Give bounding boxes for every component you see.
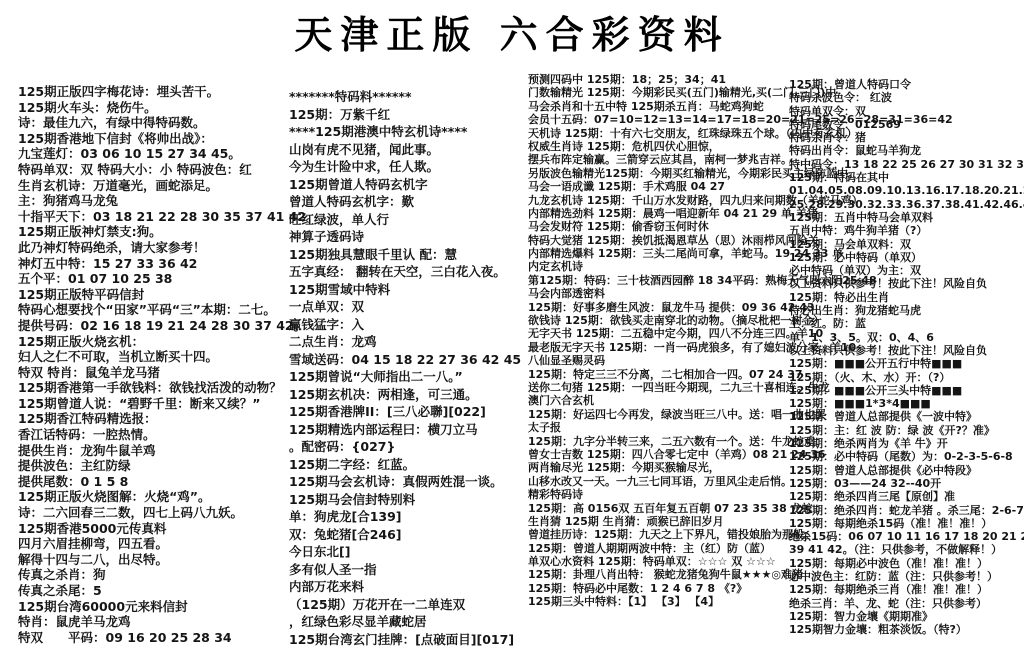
column-left: 125期正版四字梅花诗：埋头苦干。125期火车头：烧伤牛。诗：最佳九六，有绿中得… <box>18 84 319 645</box>
text-line: 125期：绝杀两肖为《羊 牛》开 <box>789 437 1024 450</box>
text-line: 特双 特肖：鼠兔羊龙马猪 <box>18 365 319 381</box>
text-line: 125期：曾道人总部提供《一波中特》 <box>789 410 1024 423</box>
text-line: 以上资料只供参考！按此下注！风险自负 <box>789 344 1024 357</box>
text-line: 雪域送码：04 15 18 22 27 36 42 45 <box>289 351 521 369</box>
text-line: 125期：■■■公开三头中特■■■ <box>789 384 1024 397</box>
text-line: 提供号码：02 16 18 19 21 24 28 30 37 42。 <box>18 318 319 334</box>
text-line: 125期：■■■公开五行中特■■■ <box>789 357 1024 370</box>
text-line: 神算子透码诗 <box>289 228 521 246</box>
text-line: 特码杀波色令： 红波 <box>789 91 1024 104</box>
text-line: 25.28.29.30.32.33.36.37.38.41.42.46.47 <box>789 198 1024 211</box>
text-line: 特码出肖令：鼠蛇马羊狗龙 <box>789 144 1024 157</box>
text-line: 单：狗虎龙[合139] <box>289 508 521 526</box>
text-line: 主：狗猪鸡马龙兔 <box>18 193 319 209</box>
text-line: 125期正版火烧玄机： <box>18 334 319 350</box>
text-line: 九宝莲灯：03 06 10 15 27 34 45。 <box>18 146 319 162</box>
text-line: 十指平天下：03 18 21 22 28 30 35 37 41 42。 <box>18 209 319 225</box>
text-line: 125期香江特码精选报： <box>18 411 319 427</box>
text-line: 今为生计险中求，任人欺。 <box>289 158 521 176</box>
text-line: 特肖：鼠虎羊马龙鸡 <box>18 614 319 630</box>
text-line: 125期香港第一手欲钱料：欲钱找活泼的动物？ <box>18 380 319 396</box>
text-line: ****125期港澳中特玄机诗**** <box>289 123 521 141</box>
text-line: 125期：五肖中特马会单双料 <box>789 211 1024 224</box>
text-line: 125期：曾道人总部提供《必中特段》 <box>789 464 1024 477</box>
text-line: 01.04.05.08.09.10.13.16.17.18.20.21.24 <box>789 184 1024 197</box>
text-line: 一点单双：双 <box>289 298 521 316</box>
text-line: 特中码令：13 18 22 25 26 27 30 31 32 37 40 45 <box>789 158 1024 171</box>
text-line: 125期正版特平码信封 <box>18 287 319 303</box>
text-line: 主：红。防：蓝 <box>789 317 1024 330</box>
text-line: 125期：■■■1*3*4■■■ <box>789 397 1024 410</box>
text-line: 125期正版神灯禁支:狗。 <box>18 224 319 240</box>
text-line: 诗：最佳九六，有绿中得特码数。 <box>18 115 319 131</box>
page-title: 天津正版 六合彩资料 <box>0 4 1024 59</box>
text-line: 125期香港地下信封《将帅出战》： <box>18 131 319 147</box>
text-line: 必中特码（单双）为主：双 <box>789 264 1024 277</box>
text-line: 必中波色主：红防：蓝（注：只供参考！） <box>789 570 1024 583</box>
text-line: 125期曾道人说：“碧野千里：断来又续？” <box>18 396 319 412</box>
text-line: 125期：每期绝杀三肖（准！准！准！） <box>789 583 1024 596</box>
text-line: 特必出生肖：狗龙猪蛇马虎 <box>789 304 1024 317</box>
text-line: 125期独具慧眼千里认 配：慧 <box>289 246 521 264</box>
text-line: 二点生肖：龙鸡 <box>289 333 521 351</box>
text-line: 传真之杀尾：5 <box>18 583 319 599</box>
text-line: 125期精选内部运程曰：横刀立马 <box>289 421 521 439</box>
text-line: 神灯五中特：15 27 33 36 42 <box>18 256 319 272</box>
text-line: 125期：万紫千红 <box>289 106 521 124</box>
text-line: 125期香港5000元传真料 <box>18 521 319 537</box>
text-line: 此乃神灯特码绝杀，请大家参考！ <box>18 240 319 256</box>
text-line: 曾道人特码玄机字：歎 <box>289 193 521 211</box>
text-line: 125期火车头：烧伤牛。 <box>18 100 319 116</box>
text-line: 诗：二六回春三二数，四七上码八九妖。 <box>18 505 319 521</box>
text-line: 125期：特码在其中 <box>789 171 1024 184</box>
text-line: 提供波色：主红防绿 <box>18 458 319 474</box>
text-line: 125期玄机决：两相逢，可三通。 <box>289 386 521 404</box>
text-line: 125期：每期必中波色（准！准！准！） <box>789 557 1024 570</box>
text-line: 125期：必中特码（尾数）为：0-2-3-5-6-8 <box>789 450 1024 463</box>
text-line: 以上资料只供参考！按此下注！风险自负 <box>789 277 1024 290</box>
text-line: 五肖中特：鸡牛狗羊猪（?） <box>789 224 1024 237</box>
text-line: 125期正版四字梅花诗：埋头苦干。 <box>18 84 319 100</box>
text-line: 五字真经： 翻转在天空，三白花入夜。 <box>289 263 521 281</box>
text-line: 125期二字经：红蓝。 <box>289 456 521 474</box>
text-line: 赢钱猛字：入 <box>289 316 521 334</box>
text-line: ，红绿色彩尽显羊藏蛇居 <box>289 613 521 631</box>
text-line: 。配密码：{027} <box>289 438 521 456</box>
text-line: 特码单双令：双 <box>789 105 1024 118</box>
text-line: 山岗有虎不见猪，闻此事。 <box>289 141 521 159</box>
text-line: 单：1、3、5。双：0、4、6 <box>789 331 1024 344</box>
text-line: 125期曾道人特码玄机字 <box>289 176 521 194</box>
text-line: 125期马会玄机诗：真假两姓混一谈。 <box>289 473 521 491</box>
text-line: 解得十四与二八，出尽特。 <box>18 552 319 568</box>
text-line: 125期马会信封特别料 <box>289 491 521 509</box>
text-line: 内部万花来料 <box>289 578 521 596</box>
text-line: 妇人之仁不可取，当机立断买十四。 <box>18 349 319 365</box>
text-line: 特码尾数令：012569 <box>789 118 1024 131</box>
column-mid-left: *******特码料******125期：万紫千红****125期港澳中特玄机诗… <box>289 88 521 648</box>
text-line: 125期：曾道人特码口令 <box>789 78 1024 91</box>
text-line: 提供生肖：龙狗牛鼠羊鸡 <box>18 443 319 459</box>
text-line: 125期智力金壤：粗茶淡饭。（特?） <box>789 623 1024 636</box>
text-line: 提供尾数：0 1 5 8 <box>18 474 319 490</box>
text-line: 125期：主：红 波 防：绿 波《开?？准》 <box>789 424 1024 437</box>
text-line: 125期：马会单双料：双 <box>789 238 1024 251</box>
text-line: 125期台湾玄门挂牌：[点破面目][017] <box>289 631 521 649</box>
text-line: 特码杀肖令：猪 <box>789 131 1024 144</box>
text-line: 旺红绿波，单人行 <box>289 211 521 229</box>
text-line: 五个平：01 07 10 25 38 <box>18 271 319 287</box>
text-line: 今日东北[] <box>289 543 521 561</box>
text-line: 特双 平码：09 16 20 25 28 34 <box>18 630 319 646</box>
text-line: 125期：03——24 32--40开 <box>789 477 1024 490</box>
text-line: （125期）万花开在一二单连双 <box>289 596 521 614</box>
text-line: 特码心想要找个“田家”平码“三”本期：二七。 <box>18 302 319 318</box>
text-line: 传真之杀肖：狗 <box>18 567 319 583</box>
text-line: 125期台湾60000元来料信封 <box>18 599 319 615</box>
column-right: 125期：曾道人特码口令特码杀波色令： 红波特码单双令：双特码尾数令：01256… <box>789 78 1024 636</box>
text-line: *******特码料****** <box>289 88 521 106</box>
text-line: 125期雪域中特料 <box>289 281 521 299</box>
lottery-info-sheet: 天津正版 六合彩资料 125期正版四字梅花诗：埋头苦干。125期火车头：烧伤牛。… <box>0 0 1024 668</box>
text-line: 125期：每期绝杀15码（准！准！准！） <box>789 517 1024 530</box>
text-line: 125期：智力金壤《期期准》 <box>789 610 1024 623</box>
text-line: 绝杀15码：06 07 10 11 16 17 18 20 21 25 28 3… <box>789 530 1024 543</box>
text-line: 125期香港牌II：[三八必聯][022] <box>289 403 521 421</box>
text-line: 四月六眉挂柳弯，四五看。 <box>18 536 319 552</box>
text-line: 绝杀三肖：羊、龙、蛇（注：只供参考） <box>789 597 1024 610</box>
text-line: 125期正版火烧图解：火烧“鸡”。 <box>18 489 319 505</box>
text-line: 特码单双：双 特码大小：小 特码波色：红 <box>18 162 319 178</box>
text-line: 125期：必中特码（单双） <box>789 251 1024 264</box>
text-line: 125期：绝杀四肖三尾【原创】准 <box>789 490 1024 503</box>
text-line: 生肖玄机诗：万道毫光，画蛇添足。 <box>18 178 319 194</box>
text-line: 香江话特码：一腔热情。 <box>18 427 319 443</box>
text-line: 多有似人圣一指 <box>289 561 521 579</box>
text-line: 125期：（火、木、水）开：（?） <box>789 371 1024 384</box>
text-line: 125期：特必出生肖 <box>789 291 1024 304</box>
text-line: 双：兔蛇猪[合246] <box>289 526 521 544</box>
text-line: 125期：绝杀四肖：蛇龙羊猪 。杀三尾：2-6-7，[开?] <box>789 504 1024 517</box>
text-line: 125期曾说“大师指出二一八。” <box>289 368 521 386</box>
text-line: 39 41 42。（注：只供参考，不做解释！） <box>789 543 1024 556</box>
